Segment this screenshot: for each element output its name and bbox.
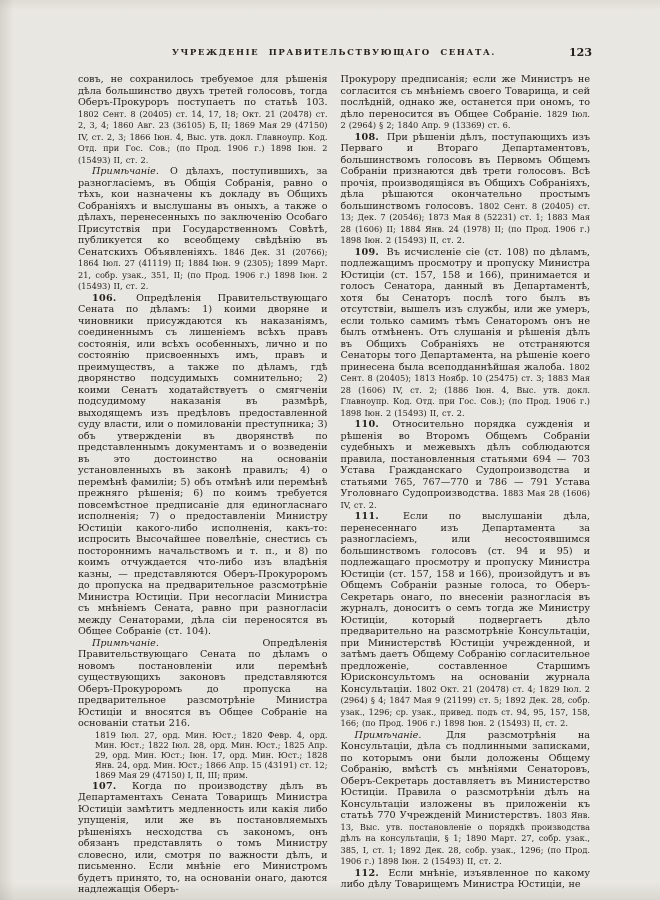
paragraph-body: Опредѣленія Правительствующаго Сената по… [78, 293, 328, 638]
article-paragraph-109: 109. Въ исчисленіе сіе (ст. 108) по дѣла… [341, 247, 591, 420]
paragraph-continuation: совъ, не сохранилось требуемое для рѣшен… [78, 74, 328, 166]
paragraph-continuation: Прокурору предписанія; если же Министръ … [341, 74, 591, 132]
running-title: УЧРЕЖДЕНІЕ ПРАВИТЕЛЬСТВУЮЩАГО СЕНАТА. [78, 48, 590, 58]
right-column: Прокурору предписанія; если же Министръ … [341, 74, 591, 896]
note-paragraph: Примѣчаніе. О дѣлахъ, поступившихъ, за р… [78, 166, 328, 293]
two-column-text-block: совъ, не сохранилось требуемое для рѣшен… [78, 74, 590, 896]
paragraph-body: Въ исчисленіе сіе (ст. 108) по дѣламъ, п… [341, 247, 591, 373]
article-paragraph-112: 112. Если мнѣніе, изъявленное по какому … [341, 868, 591, 891]
paragraph-body: совъ, не сохранилось требуемое для рѣшен… [78, 74, 328, 108]
scanned-page: УЧРЕЖДЕНІЕ ПРАВИТЕЛЬСТВУЮЩАГО СЕНАТА. 12… [0, 0, 660, 900]
article-number: 109. [355, 247, 380, 258]
paragraph-body: Когда по производству дѣлъ въ Департамен… [78, 781, 328, 896]
note-paragraph: Примѣчаніе. Для разсмотрѣнія на Консульт… [341, 730, 591, 868]
paragraph-body: Для разсмотрѣнія на Консультаціи, дѣла с… [341, 730, 591, 822]
article-number: 110. [355, 419, 380, 430]
note-paragraph: Примѣчаніе. Опредѣленія Правительствующа… [78, 638, 328, 730]
article-paragraph-106: 106. Опредѣленія Правительствующаго Сена… [78, 293, 328, 638]
statute-citation-block: 1819 Іюл. 27, орд. Мин. Юст.; 1820 Февр.… [95, 730, 328, 781]
note-lead: Примѣчаніе. [92, 638, 159, 649]
paragraph-body: Если по выслушаніи дѣла, перенесеннаго и… [341, 511, 591, 695]
article-number: 108. [355, 132, 380, 143]
paragraph-body: Опредѣленія Правительствующаго Сената по… [78, 638, 328, 730]
page-number: 123 [569, 46, 592, 59]
statute-citation: 1802 Сент. 8 (20405) ст. 14, 17, 18; Окт… [78, 109, 328, 165]
left-column: совъ, не сохранилось требуемое для рѣшен… [78, 74, 328, 896]
article-number: 112. [355, 868, 380, 879]
article-number: 106. [92, 293, 117, 304]
article-paragraph-111: 111. Если по выслушаніи дѣла, перенесенн… [341, 511, 591, 730]
note-lead: Примѣчаніе. [355, 730, 422, 741]
paragraph-body: Относительно порядка сужденія и рѣшенія … [341, 419, 591, 499]
paragraph-body: О дѣлахъ, поступившихъ, за разногласіемъ… [78, 166, 328, 258]
article-number: 111. [355, 511, 380, 522]
article-paragraph-110: 110. Относительно порядка сужденія и рѣш… [341, 419, 591, 511]
article-number: 107. [92, 781, 117, 792]
page-header: УЧРЕЖДЕНІЕ ПРАВИТЕЛЬСТВУЮЩАГО СЕНАТА. 12… [78, 48, 590, 64]
paragraph-body: При рѣшеніи дѣлъ, поступающихъ изъ Перва… [341, 132, 591, 212]
note-lead: Примѣчаніе. [92, 166, 159, 177]
article-paragraph-108: 108. При рѣшеніи дѣлъ, поступающихъ изъ … [341, 132, 591, 247]
article-paragraph-107: 107. Когда по производству дѣлъ въ Депар… [78, 781, 328, 896]
